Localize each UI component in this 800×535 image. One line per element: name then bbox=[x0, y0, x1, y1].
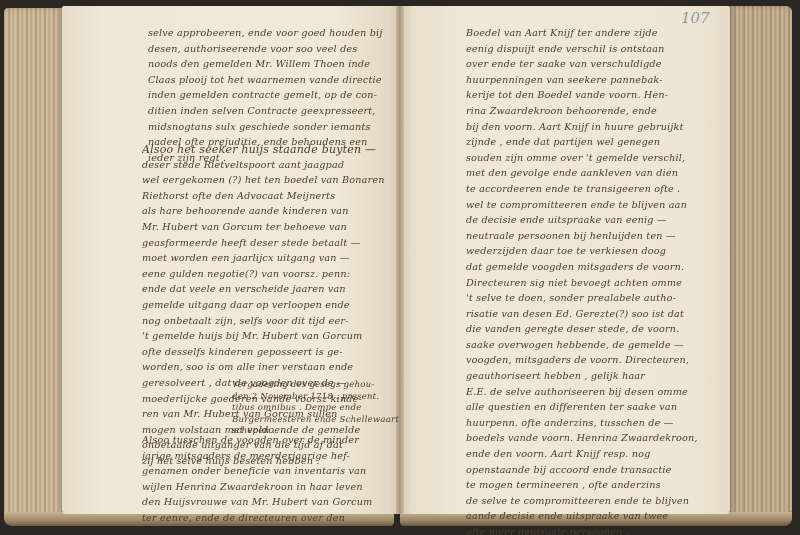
text-line: neutraale persoonen bij henluijden ten — bbox=[466, 229, 698, 245]
text-line: ofte desselfs kinderen geposseert is ge- bbox=[142, 345, 385, 361]
text-line: tibus omnibus . Dempe ende bbox=[232, 403, 399, 415]
text-line: selve approbeeren, ende voor goed houden… bbox=[148, 26, 383, 42]
text-line: ende den voorn. Aart Knijf resp. nog bbox=[466, 447, 698, 463]
text-line: met den gevolge ende aankleven van dien bbox=[466, 166, 698, 182]
text-line: ter eenre, ende de directeuren over den bbox=[142, 511, 372, 527]
text-line: eenig dispuijt ende verschil is ontstaan bbox=[466, 42, 698, 58]
text-line: 't gemelde huijs bij Mr. Hubert van Gorc… bbox=[142, 329, 385, 345]
text-line: huurpenningen van seekere pannebak- bbox=[466, 73, 698, 89]
text-line: te mogen termineeren , ofte anderzins bbox=[466, 478, 698, 494]
text-line: Alsoo het seeker huijs staande buyten — bbox=[142, 142, 385, 158]
text-line: alle questien en differenten ter saake v… bbox=[466, 400, 698, 416]
text-line: ditien inden selven Contracte geexpresse… bbox=[148, 104, 383, 120]
text-line: risatie van desen Ed. Gerezte(?) soo ist… bbox=[466, 307, 698, 323]
text-line: Riethorst ofte den Advocaat Meijnerts bbox=[142, 189, 385, 205]
text-line: geauthoriseert hebben , gelijk haar bbox=[466, 369, 698, 385]
text-line: wel eergekomen (?) het ten boedel van Bo… bbox=[142, 173, 385, 189]
right-paragraph-1: Boedel van Aart Knijf ter andere zijde e… bbox=[466, 26, 698, 535]
text-line: souden zijn omme over 't gemelde verschi… bbox=[466, 151, 698, 167]
text-line: boedels vande voorn. Henrina Zwaardekroo… bbox=[466, 431, 698, 447]
text-line: den 2 November 1718 . present. bbox=[232, 392, 399, 404]
text-line: eene gulden negotie(?) van voorsz. penn: bbox=[142, 267, 385, 283]
text-line: midsnogtans sulx geschiede sonder iemant… bbox=[148, 120, 383, 136]
text-line: die vanden geregte deser stede, de voorn… bbox=[466, 322, 698, 338]
text-line: Alsoo tusschen de voogden over de minder bbox=[142, 433, 372, 449]
text-line: aande decisie ende uitspraake van twee bbox=[466, 509, 698, 525]
text-line: Boedel van Aart Knijf ter andere zijde bbox=[466, 26, 698, 42]
text-line: kerije tot den Boedel vande voorn. Hen- bbox=[466, 88, 698, 104]
text-line: moet worden een jaarlijcx uitgang van — bbox=[142, 251, 385, 267]
right-page-block-edge bbox=[730, 6, 792, 516]
text-line: de decisie ende uitspraake van eenig — bbox=[466, 213, 698, 229]
meeting-note: Vergadering des gesegs gehou- den 2 Nove… bbox=[232, 380, 399, 438]
text-line: als hare behoorende aande kinderen van bbox=[142, 204, 385, 220]
text-line: huurpenn. ofte anderzins, tusschen de — bbox=[466, 416, 698, 432]
text-line: Vergadering des gesegs gehou- bbox=[232, 380, 399, 392]
text-line: wederzijden daar toe te verkiesen doog bbox=[466, 244, 698, 260]
text-line: de selve te compromitteeren ende te blij… bbox=[466, 494, 698, 510]
text-line: Mr. Hubert van Gorcum ter behoeve van bbox=[142, 220, 385, 236]
page-number: 107 bbox=[681, 9, 710, 27]
text-line: voogden, mitsgaders de voorn. Directeure… bbox=[466, 353, 698, 369]
text-line: 't selve te doen, sonder prealabele auth… bbox=[466, 291, 698, 307]
text-line: deser stede Rietveltspoort aant jaagpad bbox=[142, 158, 385, 174]
text-line: Claas plooij tot het waarnemen vande dir… bbox=[148, 73, 383, 89]
text-line: dat gemelde voogden mitsgaders de voorn. bbox=[466, 260, 698, 276]
text-line: ofte meer neutraale persoonen . bbox=[466, 525, 698, 535]
text-line: te accordeeren ende te transigeeren ofte… bbox=[466, 182, 698, 198]
text-line: den Huijsvrouwe van Mr. Hubert van Gorcu… bbox=[142, 495, 372, 511]
text-line: inden gemelden contracte gemelt, op de c… bbox=[148, 88, 383, 104]
left-page-block-edge bbox=[4, 8, 62, 518]
left-paragraph-3: Alsoo tusschen de voogden over de minder… bbox=[142, 433, 372, 527]
text-line: gemelde uitgang daar op verloopen ende bbox=[142, 298, 385, 314]
text-line: worden, soo is om alle iner verstaan end… bbox=[142, 360, 385, 376]
text-line: bij den voorn. Aart Knijf in huure gebru… bbox=[466, 120, 698, 136]
text-line: wijlen Henrina Zwaardekroon in haar leve… bbox=[142, 480, 372, 496]
text-line: desen, authoriseerende voor soo veel des bbox=[148, 42, 383, 58]
text-line: jarige mitsgaders de meerderjaarige hef- bbox=[142, 449, 372, 465]
text-line: saake overwogen hebbende, de gemelde — bbox=[466, 338, 698, 354]
text-line: nog onbetaalt zijn, selfs voor dit tijd … bbox=[142, 314, 385, 330]
text-line: noods den gemelden Mr. Willem Thoen inde bbox=[148, 57, 383, 73]
text-line: zijnde , ende dat partijen wel genegen bbox=[466, 135, 698, 151]
text-line: ende dat veele en verscheide jaaren van bbox=[142, 282, 385, 298]
text-line: rina Zwaardekroon behoorende, ende bbox=[466, 104, 698, 120]
text-line: over ende ter saake van verschuldigde bbox=[466, 57, 698, 73]
text-line: Burgermeesteren ende Schellewaart bbox=[232, 415, 399, 427]
text-line: E.E. de selve authoriseeren bij desen om… bbox=[466, 385, 698, 401]
text-line: wel te compromitteeren ende te blijven a… bbox=[466, 198, 698, 214]
text-line: Directeuren sig niet bevoegt achten omme bbox=[466, 276, 698, 292]
text-line: geasformeerde heeft deser stede betaalt … bbox=[142, 236, 385, 252]
text-line: openstaande bij accoord ende transactie bbox=[466, 463, 698, 479]
text-line: genamen onder beneficie van inventaris v… bbox=[142, 464, 372, 480]
